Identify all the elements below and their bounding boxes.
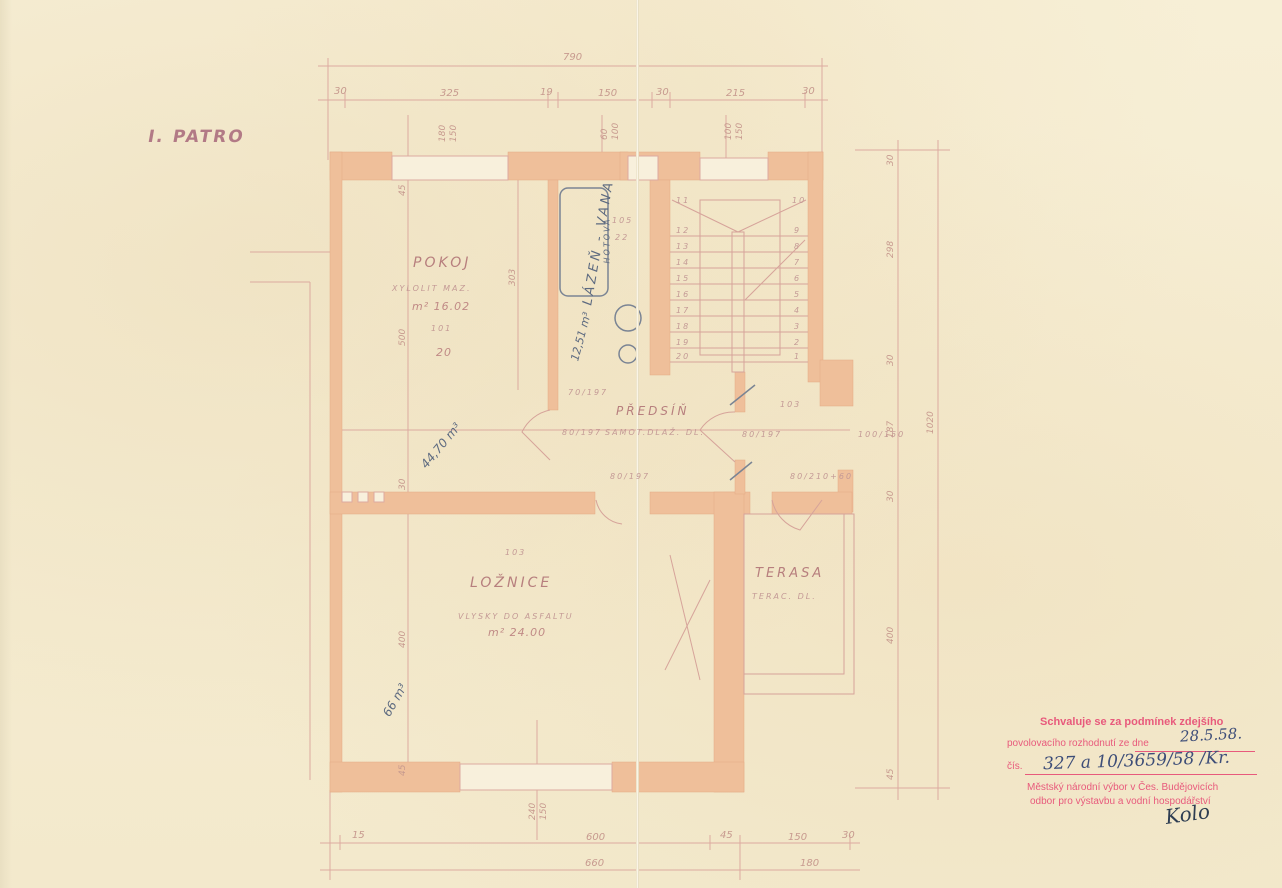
stair-step-13: 13	[676, 242, 690, 251]
stamp-line-2: povolovacího rozhodnutí ze dne	[1007, 738, 1149, 749]
stair-step-20: 20	[676, 352, 690, 361]
stair-step-17: 17	[676, 306, 690, 315]
stair-step-1: 1	[794, 352, 801, 361]
stair-step-10: 10	[792, 196, 806, 205]
stamp-line-4: Městský národní výbor v Čes. Budějovicíc…	[1027, 782, 1218, 793]
dim-right-7: 45	[886, 769, 896, 780]
room-pokoj-height: 20	[436, 346, 452, 359]
stair-step-4: 4	[794, 306, 801, 315]
dim-left-2: 500	[398, 329, 408, 346]
room-predsin-floor: SAMOT.DLAŽ. DL.	[605, 428, 705, 437]
dim-right-3: 30	[886, 355, 896, 366]
dim-top-1: 30	[334, 86, 347, 97]
room-pokoj-area: m² 16.02	[412, 300, 470, 313]
stamp-line-3: čís.	[1007, 761, 1023, 772]
stamp-signature: Kolo	[1164, 799, 1212, 829]
dim-top-4: 150	[598, 88, 617, 99]
dim-right-1: 30	[886, 155, 896, 166]
dim-right-5: 30	[886, 491, 896, 502]
dim-left-3: 30	[398, 479, 408, 490]
door-loznice-dim: 80/197	[610, 472, 650, 481]
dim-bottom-total: 660	[585, 858, 604, 869]
dim-bottom-5: 30	[842, 830, 855, 841]
stair-step-9: 9	[794, 226, 801, 235]
dim-window-2a: 60	[600, 129, 610, 140]
dim-right-total: 1020	[926, 411, 936, 434]
dim-left-1: 45	[398, 185, 408, 196]
door-terrace-dim: 80/210+60	[790, 472, 853, 481]
door-pokoj-dim: 80/197	[562, 428, 602, 437]
stair-step-16: 16	[676, 290, 690, 299]
dim-right-6: 400	[886, 627, 896, 644]
stair-step-15: 15	[676, 274, 690, 283]
room-loznice-floor: VLYSKY DO ASFALTU	[458, 612, 574, 621]
stair-step-19: 19	[676, 338, 690, 347]
dim-top-2: 325	[440, 88, 459, 99]
room-bath-sub: 22	[615, 233, 629, 242]
stair-step-7: 7	[794, 258, 801, 267]
stamp-underline-ref	[1025, 774, 1257, 775]
stair-step-8: 8	[794, 242, 801, 251]
dim-top-total: 790	[563, 52, 582, 63]
room-loznice-code: 103	[505, 548, 526, 557]
dim-door-b: 150	[539, 803, 549, 820]
door-bath-dim: 70/197	[568, 388, 608, 397]
dim-bottom-1: 15	[352, 830, 365, 841]
dim-top-3: 19	[540, 87, 553, 98]
dim-bottom-total-right: 180	[800, 858, 819, 869]
stamp-reference: 327 a 10/3659/58 /Kr.	[1043, 748, 1230, 775]
approval-stamp: Schvaluje se za podmínek zdejšího 28.5.5…	[1005, 716, 1265, 846]
door-right-dim: 80/197	[742, 430, 782, 439]
room-bath-note: HOTOVÁ	[602, 218, 611, 264]
dim-pokoj-inner: 303	[508, 269, 518, 286]
dim-door-a: 240	[528, 803, 538, 820]
dim-bottom-4: 150	[788, 832, 807, 843]
stair-step-12: 12	[676, 226, 690, 235]
room-loznice-name: LOŽNICE	[470, 575, 552, 591]
dim-top-7: 30	[802, 86, 815, 97]
window-east-dim: 100/150	[858, 430, 905, 439]
dim-window-3b: 150	[735, 123, 745, 140]
dim-left-4: 400	[398, 631, 408, 648]
room-loznice-area: m² 24.00	[488, 626, 546, 639]
stair-step-5: 5	[794, 290, 801, 299]
room-pokoj-floor: XYLOLIT MAZ.	[392, 284, 472, 293]
stair-step-14: 14	[676, 258, 690, 267]
dim-top-6: 215	[726, 88, 745, 99]
dim-bottom-3: 45	[720, 830, 733, 841]
stair-step-6: 6	[794, 274, 801, 283]
dim-left-5: 45	[398, 765, 408, 776]
room-terasa-floor: TERAC. DL.	[752, 592, 817, 601]
stair-step-2: 2	[794, 338, 801, 347]
dim-window-1b: 150	[449, 125, 459, 142]
dim-right-2: 298	[886, 241, 896, 258]
room-terasa-name: TERASA	[755, 566, 824, 581]
dim-window-1a: 180	[438, 125, 448, 142]
stair-step-3: 3	[794, 322, 801, 331]
paper-fold	[636, 0, 639, 888]
sheet-title: I. PATRO	[146, 127, 246, 147]
room-hall-code: 103	[780, 400, 801, 409]
dim-window-3a: 100	[724, 123, 734, 140]
room-bath-label: 105	[612, 216, 633, 225]
room-predsin-name: PŘEDSÍŇ	[616, 404, 690, 418]
room-pokoj-name: POKOJ	[413, 255, 471, 271]
stamp-date: 28.5.58.	[1180, 724, 1243, 745]
dim-window-2b: 100	[611, 123, 621, 140]
dim-top-5: 30	[656, 87, 669, 98]
stair-step-11: 11	[676, 196, 690, 205]
room-pokoj-code: 101	[431, 324, 452, 333]
stair-step-18: 18	[676, 322, 690, 331]
dim-bottom-2: 600	[586, 832, 605, 843]
